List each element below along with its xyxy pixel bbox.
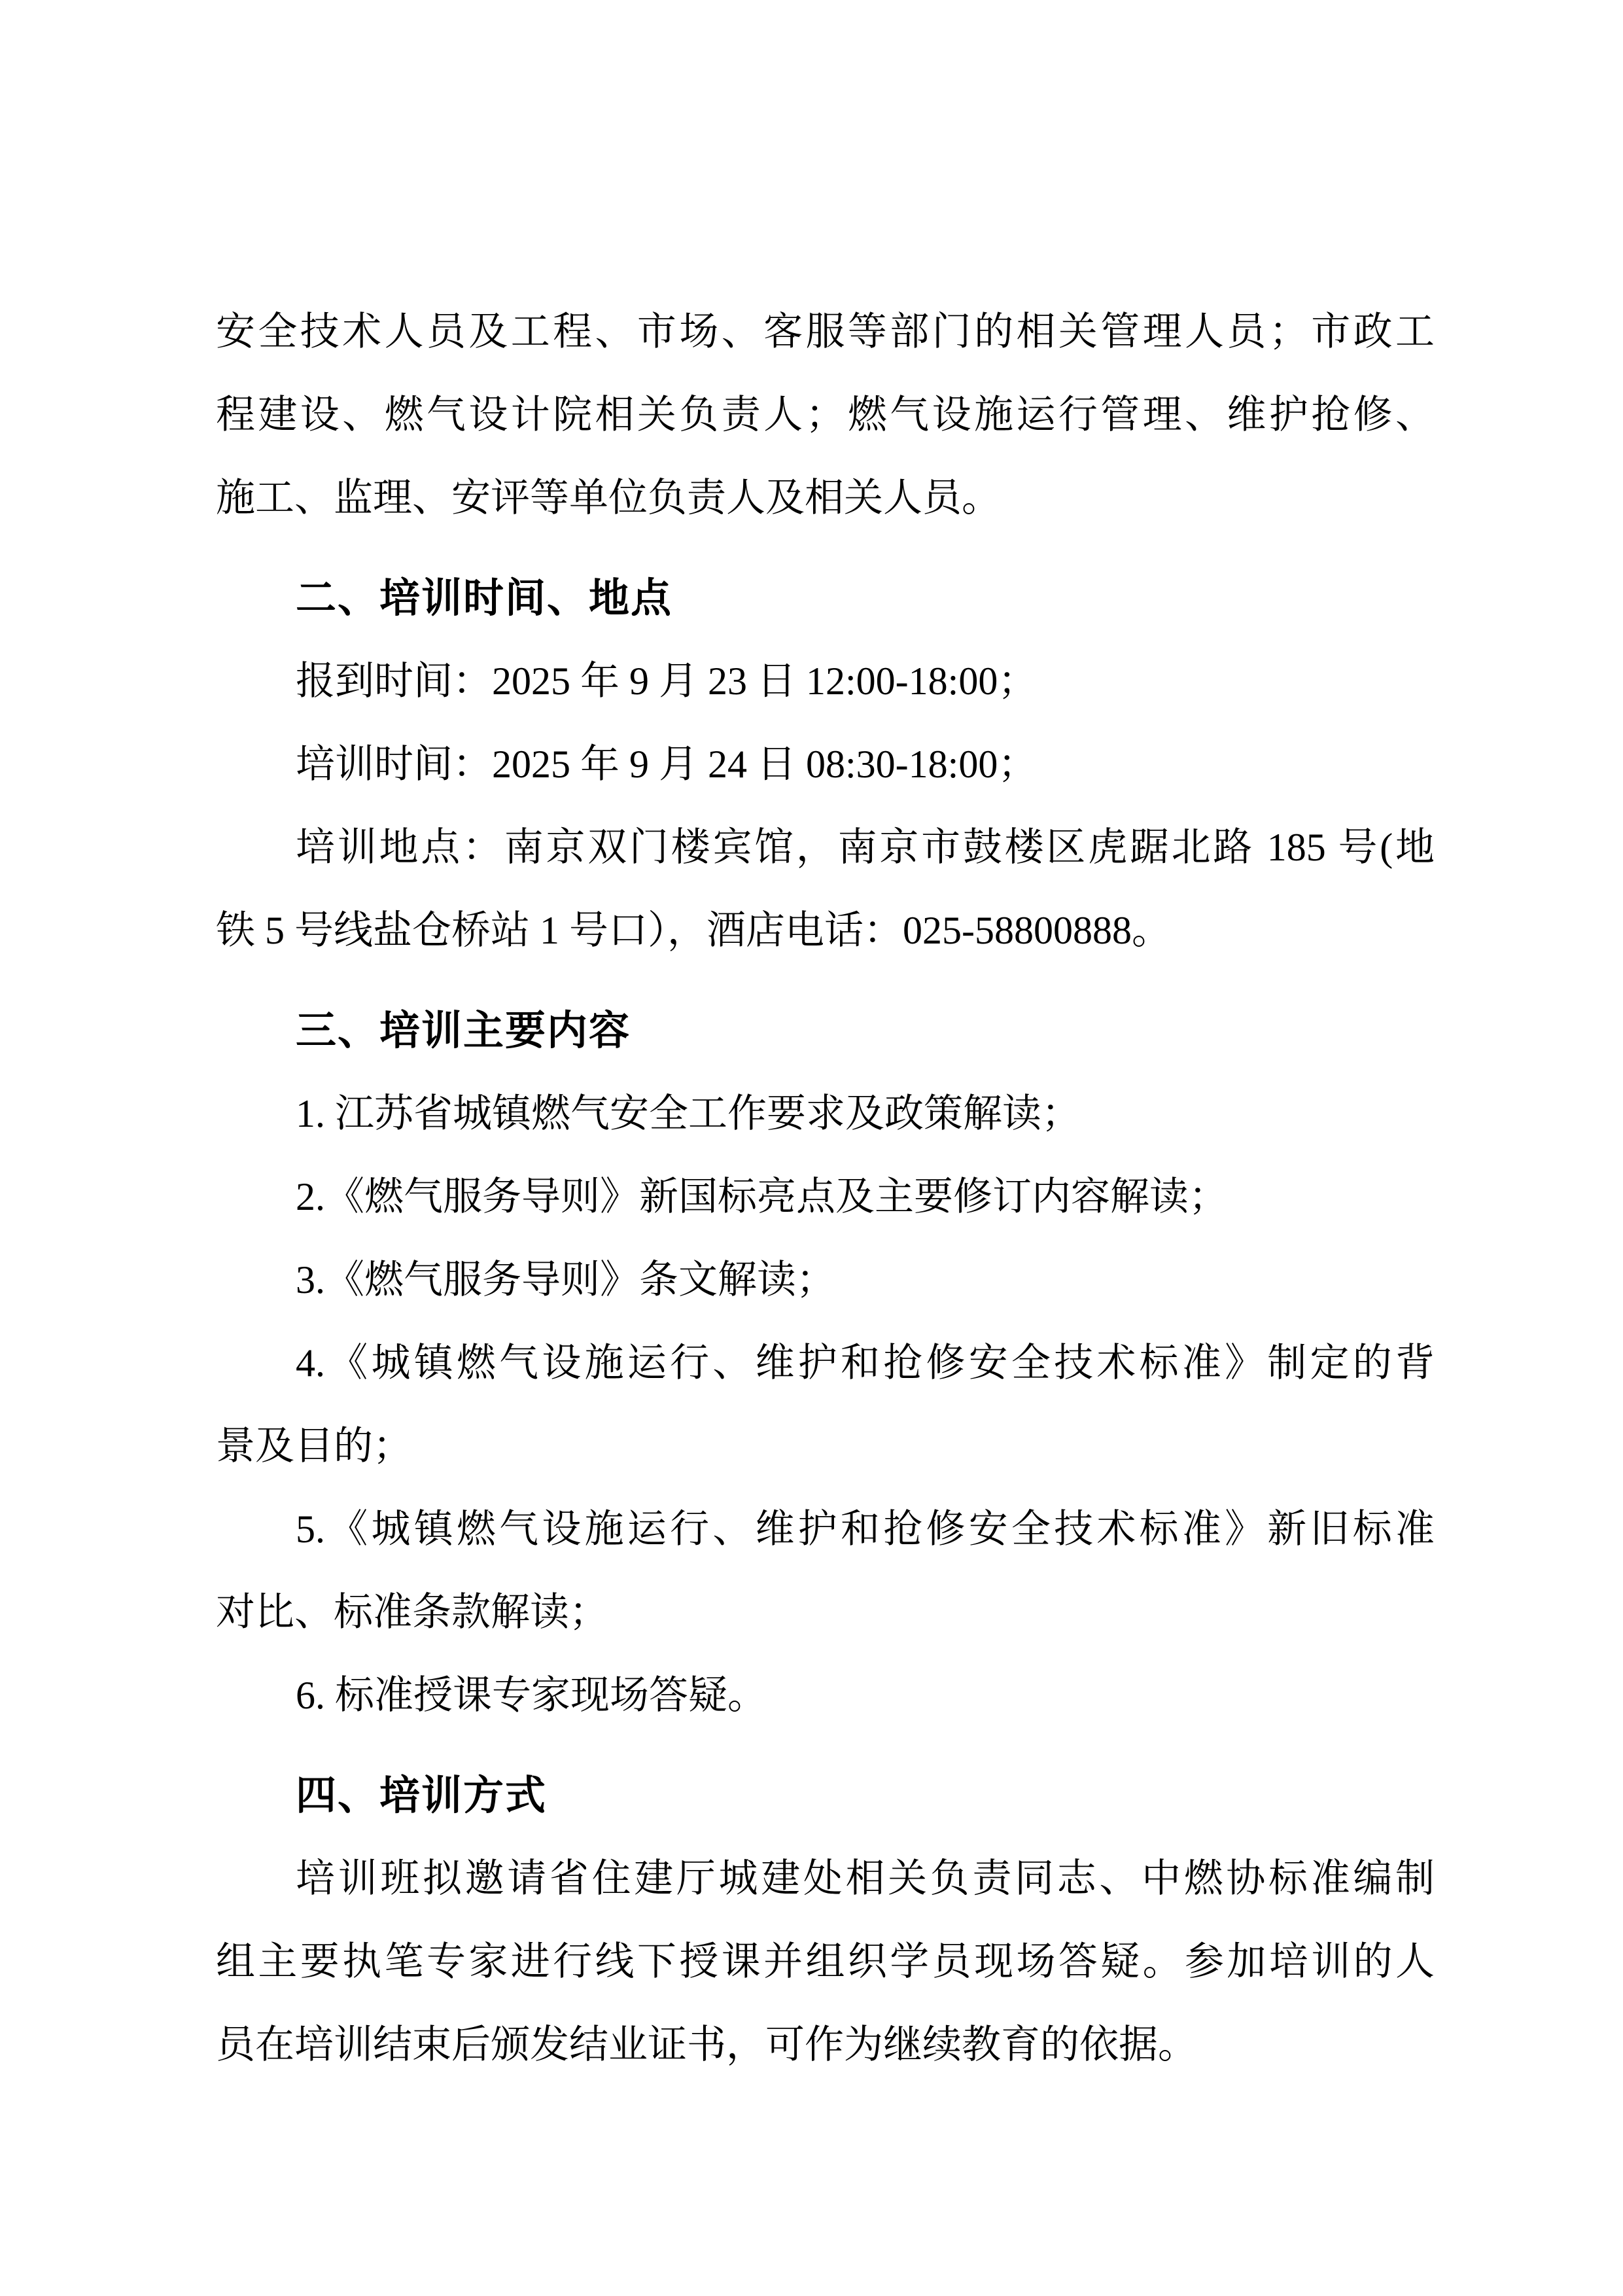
- content-item-5: 5.《城镇燃气设施运行、维护和抢修安全技术标准》新旧标准 对比、标准条款解读；: [216, 1488, 1435, 1654]
- list-item-line: 1. 江苏省城镇燃气安全工作要求及政策解读；: [216, 1072, 1435, 1156]
- content-item-3: 3.《燃气服务导则》条文解读；: [216, 1239, 1435, 1322]
- paragraph-line: 铁 5 号线盐仓桥站 1 号口），酒店电话：025-58800888。: [216, 889, 1435, 972]
- list-item-line: 3.《燃气服务导则》条文解读；: [216, 1239, 1435, 1322]
- training-time-line: 培训时间：2025 年 9 月 24 日 08:30-18:00；: [216, 723, 1435, 806]
- training-method-paragraph: 培训班拟邀请省住建厅城建处相关负责同志、中燃协标准编制 组主要执笔专家进行线下授…: [216, 1837, 1435, 2087]
- content-item-6: 6. 标准授课专家现场答疑。: [216, 1654, 1435, 1737]
- paragraph-line: 组主要执笔专家进行线下授课并组织学员现场答疑。参加培训的人: [216, 1920, 1435, 2004]
- registration-time-line: 报到时间：2025 年 9 月 23 日 12:00-18:00；: [216, 640, 1435, 723]
- paragraph-line: 培训地点：南京双门楼宾馆，南京市鼓楼区虎踞北路 185 号(地: [216, 806, 1435, 889]
- list-item-line: 5.《城镇燃气设施运行、维护和抢修安全技术标准》新旧标准: [216, 1488, 1435, 1571]
- paragraph-line: 程建设、燃气设计院相关负责人；燃气设施运行管理、维护抢修、: [216, 374, 1435, 457]
- document-page: 安全技术人员及工程、市场、客服等部门的相关管理人员；市政工 程建设、燃气设计院相…: [0, 0, 1623, 2296]
- list-item-line: 4.《城镇燃气设施运行、维护和抢修安全技术标准》制定的背: [216, 1322, 1435, 1405]
- paragraph-line: 培训班拟邀请省住建厅城建处相关负责同志、中燃协标准编制: [216, 1837, 1435, 1920]
- training-time-paragraph: 培训时间：2025 年 9 月 24 日 08:30-18:00；: [216, 723, 1435, 806]
- list-item-line: 景及目的；: [216, 1405, 1435, 1488]
- paragraph-line: 员在培训结束后颁发结业证书，可作为继续教育的依据。: [216, 2004, 1435, 2087]
- list-item-line: 2.《燃气服务导则》新国标亮点及主要修订内容解读；: [216, 1156, 1435, 1239]
- list-item-line: 6. 标准授课专家现场答疑。: [216, 1654, 1435, 1737]
- paragraph-line: 施工、监理、安评等单位负责人及相关人员。: [216, 457, 1435, 540]
- content-item-2: 2.《燃气服务导则》新国标亮点及主要修订内容解读；: [216, 1156, 1435, 1239]
- list-item-line: 对比、标准条款解读；: [216, 1571, 1435, 1654]
- training-location-paragraph: 培训地点：南京双门楼宾馆，南京市鼓楼区虎踞北路 185 号(地 铁 5 号线盐仓…: [216, 806, 1435, 972]
- content-item-1: 1. 江苏省城镇燃气安全工作要求及政策解读；: [216, 1072, 1435, 1156]
- content-item-4: 4.《城镇燃气设施运行、维护和抢修安全技术标准》制定的背 景及目的；: [216, 1322, 1435, 1488]
- heading-training-content: 三、培训主要内容: [216, 989, 1435, 1072]
- heading-training-method: 四、培训方式: [216, 1754, 1435, 1837]
- paragraph-line: 安全技术人员及工程、市场、客服等部门的相关管理人员；市政工: [216, 291, 1435, 374]
- registration-time-paragraph: 报到时间：2025 年 9 月 23 日 12:00-18:00；: [216, 640, 1435, 723]
- trainees-paragraph: 安全技术人员及工程、市场、客服等部门的相关管理人员；市政工 程建设、燃气设计院相…: [216, 291, 1435, 540]
- heading-training-time-location: 二、培训时间、地点: [216, 557, 1435, 640]
